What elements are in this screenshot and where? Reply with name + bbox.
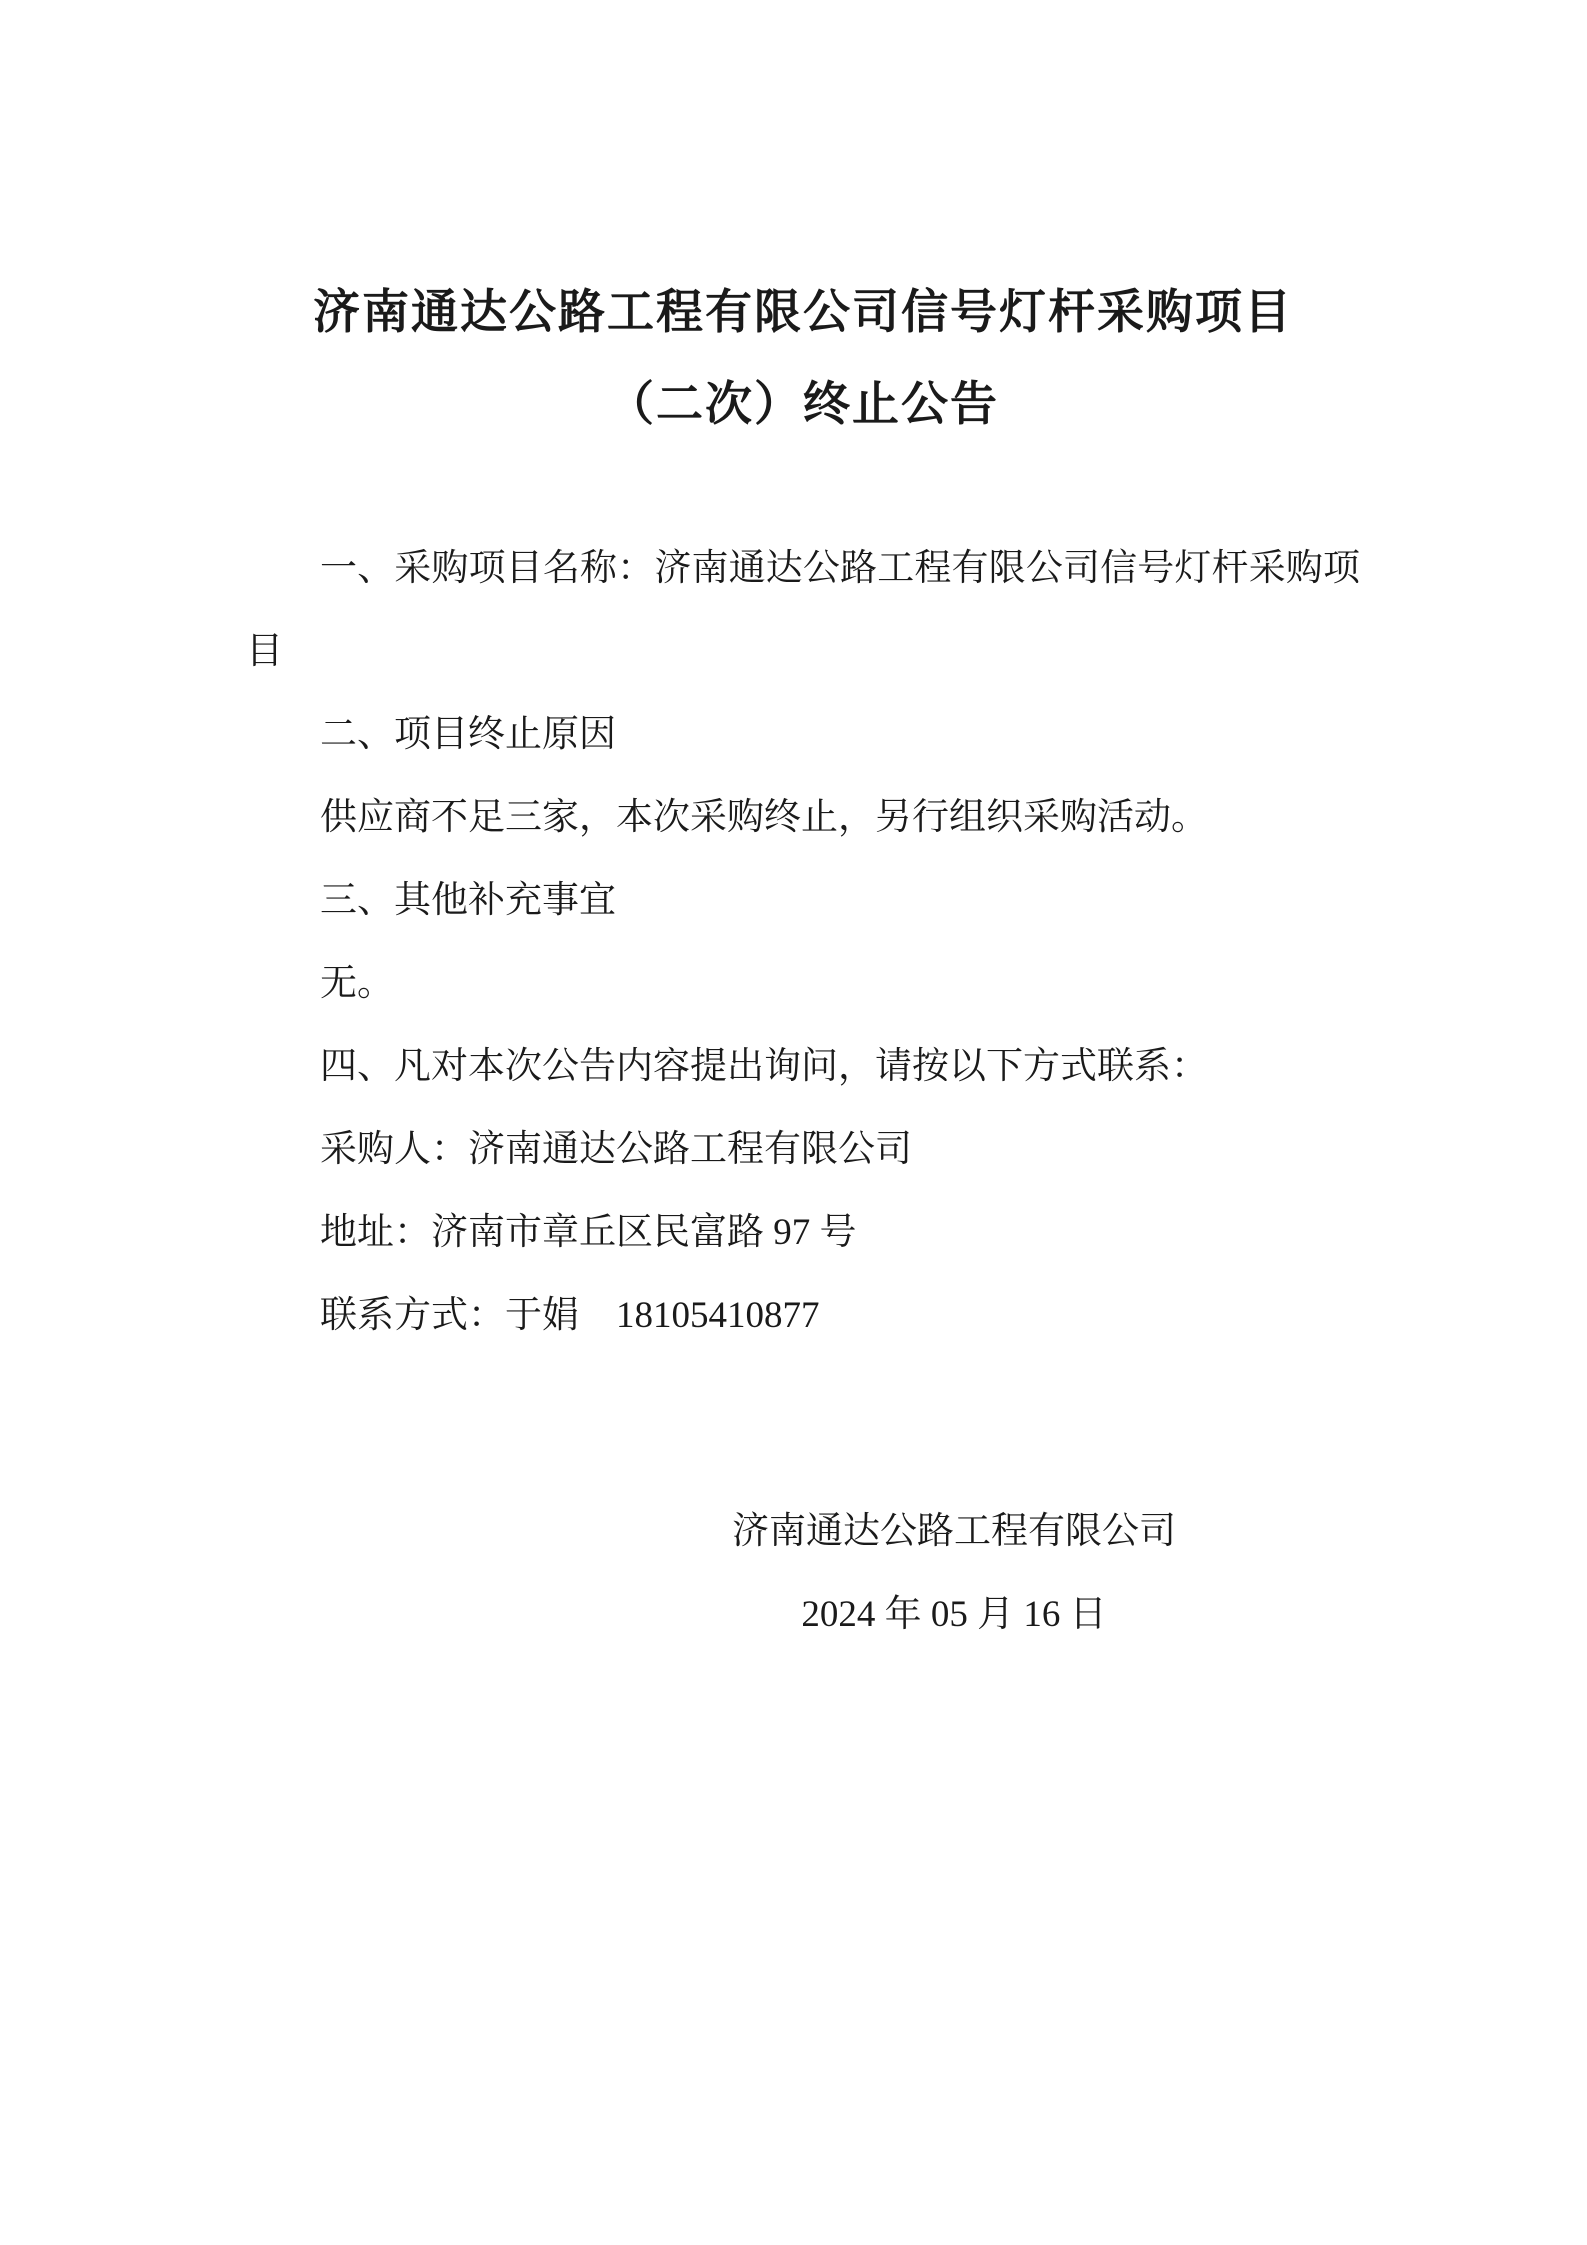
document-title-line2: （二次）终止公告 [246, 359, 1360, 451]
document-content: 济南通达公路工程有限公司信号灯杆采购项目 （二次）终止公告 一、采购项目名称：济… [0, 0, 1587, 1656]
para-termination-reason-heading: 二、项目终止原因 [246, 693, 1360, 776]
para-termination-reason: 供应商不足三家，本次采购终止，另行组织采购活动。 [246, 776, 1360, 859]
signature-company: 济南通达公路工程有限公司 [726, 1490, 1182, 1573]
para-inquiry-notice: 四、凡对本次公告内容提出询问，请按以下方式联系： [246, 1025, 1360, 1108]
para-supplementary-heading: 三、其他补充事宜 [246, 859, 1360, 942]
document-body: 一、采购项目名称：济南通达公路工程有限公司信号灯杆采购项目 二、项目终止原因 供… [246, 527, 1360, 1357]
signature-block: 济南通达公路工程有限公司 2024 年 05 月 16 日 [726, 1490, 1182, 1656]
para-supplementary-content: 无。 [246, 942, 1360, 1025]
para-buyer: 采购人：济南通达公路工程有限公司 [246, 1108, 1360, 1191]
document-title: 济南通达公路工程有限公司信号灯杆采购项目 （二次）终止公告 [246, 267, 1360, 451]
para-contact: 联系方式：于娟 18105410877 [246, 1274, 1360, 1357]
para-address: 地址：济南市章丘区民富路 97 号 [246, 1191, 1360, 1274]
signature-date: 2024 年 05 月 16 日 [726, 1573, 1182, 1656]
para-project-name: 一、采购项目名称：济南通达公路工程有限公司信号灯杆采购项目 [246, 527, 1360, 693]
document-page: 济南通达公路工程有限公司信号灯杆采购项目 （二次）终止公告 一、采购项目名称：济… [0, 0, 1587, 2245]
document-title-line1: 济南通达公路工程有限公司信号灯杆采购项目 [246, 267, 1360, 359]
